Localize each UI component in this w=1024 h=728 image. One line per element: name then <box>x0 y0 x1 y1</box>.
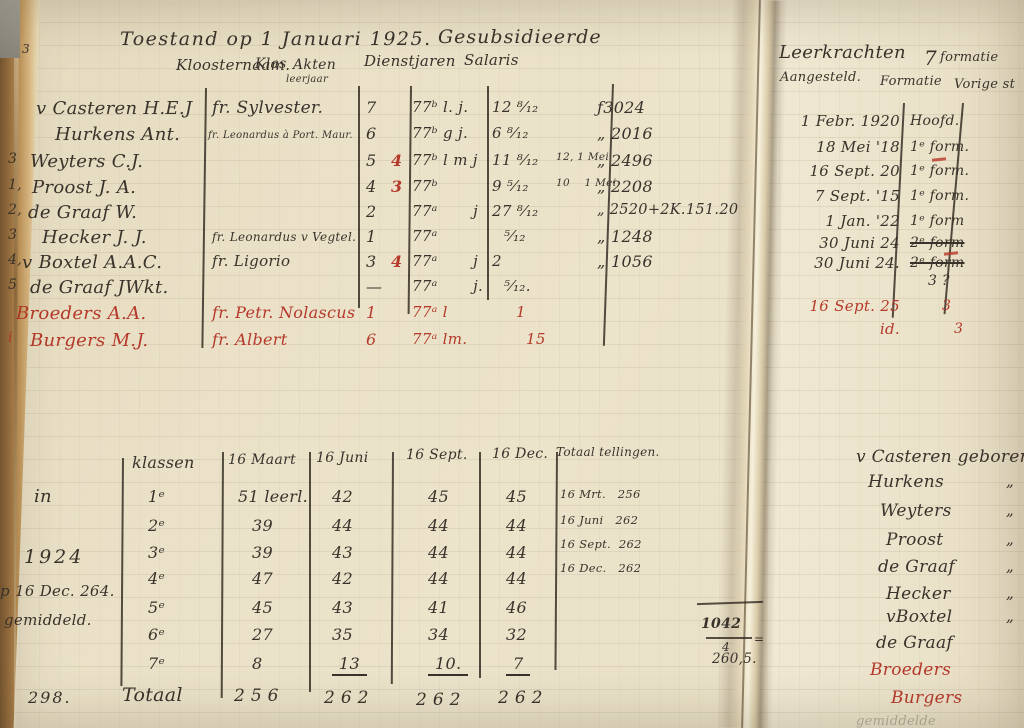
count-juni: 44 <box>332 516 353 535</box>
ditto-mark: „ <box>1006 584 1014 602</box>
count-maart: 39 <box>252 516 273 535</box>
klas-value: 7 <box>366 98 376 117</box>
col-aangesteld: Aangesteld. <box>780 70 861 85</box>
count-juni: 43 <box>332 598 353 617</box>
akten-value: 77ᵃ l <box>412 303 448 321</box>
salaris-value: „ 2016 <box>597 124 653 143</box>
klooster-name: fr. Sylvester. <box>212 98 323 118</box>
person-name: Hecker <box>886 584 951 604</box>
sum-numerator: 1042 <box>701 616 741 632</box>
person-name: vBoxtel <box>886 607 952 627</box>
staff-name: de Graaf W. <box>28 202 137 223</box>
aangesteld-date: 30 Juni 24 <box>778 234 900 252</box>
ditto-mark: „ <box>1006 501 1014 519</box>
klooster-name: fr. Leonardus à Port. Maur. <box>208 130 353 141</box>
salaris-value: ƒ3024 <box>597 98 645 117</box>
count-sept: 44 <box>428 516 449 535</box>
klas-ordinal: 2ᵉ <box>148 516 165 535</box>
leerkrachten-brace: 7 <box>924 46 937 70</box>
staff-name: v Boxtel A.A.C. <box>22 252 162 273</box>
ditto-mark: „ <box>1006 530 1014 548</box>
margin-number: 3 <box>8 151 17 167</box>
akten-value: 77ᵇ l m j <box>412 151 478 169</box>
klas-red-correction: 4 <box>391 252 402 271</box>
table-rule <box>309 452 311 692</box>
klas-value: 4 <box>366 177 376 196</box>
klooster-name: fr. Ligorio <box>212 252 290 270</box>
margin-number: 3 <box>8 227 17 243</box>
col-klas: Klas <box>255 56 287 72</box>
note-gemiddeld: gemiddeld. <box>4 611 92 629</box>
count-sept: 44 <box>428 543 449 562</box>
klas-ordinal: 6ᵉ <box>148 625 165 644</box>
aangesteld-date: 16 Sept. 25 <box>778 297 900 315</box>
count-dec: 7 <box>506 654 530 676</box>
col-formatie: Formatie <box>880 74 942 89</box>
staff-row: v Casteren H.E.J fr. Sylvester. 7 77ᵇ l.… <box>0 98 760 124</box>
leerkrachten-title: Leerkrachten <box>779 42 906 63</box>
formatie-value: 3 <box>942 298 951 314</box>
dienstjaren-value: 15 <box>526 330 546 348</box>
dienstjaren-value: 9 ⁵⁄₁₂ <box>492 177 529 195</box>
page-title: Toestand op 1 Januari 1925. <box>120 28 432 50</box>
count-maart: 45 <box>252 598 273 617</box>
staff-name: Burgers M.J. <box>30 330 148 351</box>
col-16-juni: 16 Juni <box>316 450 369 466</box>
staff-name: Proost J. A. <box>32 177 136 198</box>
klas-value: 5 <box>366 151 376 170</box>
staff-row: 3 Hecker J. J. fr. Leonardus v Vegtel. 1… <box>0 227 760 253</box>
col-dienstjaren: Dienstjaren <box>364 52 456 70</box>
dienstjaren-value: 6 ⁸⁄₁₂ <box>492 124 529 142</box>
staff-row: 3 Weyters C.J. 5 4 77ᵇ l m j 11 ⁸⁄₁₂ 12,… <box>0 151 760 177</box>
klas-ordinal: 4ᵉ <box>148 569 165 588</box>
klas-value: — <box>366 277 382 296</box>
klas-value: 3 <box>366 252 376 271</box>
count-juni: 42 <box>332 569 353 588</box>
akten-value: 77ᵃ <box>412 227 438 245</box>
klas-ordinal: 7ᵉ <box>148 654 165 673</box>
akten-value: 77ᵃ j <box>412 202 478 220</box>
count-dec: 44 <box>506 569 527 588</box>
klas-ordinal: 5ᵉ <box>148 598 165 617</box>
klooster-name: fr. Albert <box>212 330 287 349</box>
count-sept: 34 <box>428 625 449 644</box>
telling-entry: 16 Mrt. 256 <box>560 487 641 501</box>
staff-row: Broeders A.A. fr. Petr. Nolascus 1 77ᵃ l… <box>0 303 760 329</box>
faint-partial-text: gemiddelde <box>856 714 936 728</box>
col-vorige: Vorige st <box>954 77 1015 92</box>
dienstjaren-value: 2 <box>492 252 502 270</box>
totaal-dec: 262 <box>498 688 548 708</box>
staff-row: 1, Proost J. A. 4 3 77ᵇ 9 ⁵⁄₁₂ 10 1 Mei … <box>0 177 760 203</box>
staff-row: 5 de Graaf JWkt. — 77ᵃ j. ⁵⁄₁₂. <box>0 277 760 303</box>
formatie-value: 3 <box>954 321 963 337</box>
aangesteld-date: 30 Juni 24. <box>778 254 900 272</box>
dienstjaren-value: 11 ⁸⁄₁₂ <box>492 151 539 169</box>
formatie-value: 1ᵉ form. <box>910 163 969 179</box>
names-list-title: v Casteren geboren <box>856 447 1024 467</box>
totaal-maart: 256 <box>234 686 284 706</box>
salaris-value: „ 2208 <box>597 177 653 196</box>
staff-name: Broeders A.A. <box>16 303 146 324</box>
staff-name: v Casteren H.E.J <box>36 98 192 119</box>
person-name: Hurkens <box>868 472 944 492</box>
count-juni: 42 <box>332 487 353 506</box>
staff-row: Hurkens Ant. fr. Leonardus à Port. Maur.… <box>0 124 760 150</box>
count-maart: 39 <box>252 543 273 562</box>
formatie-value: 1ᵉ form. <box>910 188 969 204</box>
sum-equals: = <box>754 632 764 646</box>
dienstjaren-value: ⁵⁄₁₂. <box>504 277 531 295</box>
person-name: Weyters <box>880 501 952 521</box>
count-maart: 51 leerl. <box>238 487 308 506</box>
staff-row: i Burgers M.J. fr. Albert 6 77ᵃ lm. 15 <box>0 330 760 356</box>
table-rule <box>487 86 489 300</box>
klas-red-correction: 3 <box>391 177 402 196</box>
klas-value: 6 <box>366 124 376 143</box>
aangesteld-date: id. <box>778 320 900 338</box>
klas-value: 2 <box>366 202 376 221</box>
formatie-value: 1ᵉ form <box>910 213 964 229</box>
akten-value: 77ᵇ g j. <box>412 124 468 142</box>
count-dec: 44 <box>506 543 527 562</box>
leerkrachten-title-note: formatie <box>940 50 998 65</box>
margin-number: 5 <box>8 277 17 293</box>
count-juni: 43 <box>332 543 353 562</box>
staff-row: 2, de Graaf W. 2 77ᵃ j 27 ⁸⁄₁₂ „ 2520+2K… <box>0 202 760 228</box>
aangesteld-date: 16 Sept. 20 <box>778 162 900 180</box>
count-maart: 27 <box>252 625 273 644</box>
col-16-maart: 16 Maart <box>228 452 296 468</box>
dienstjaren-value: 12 ⁸⁄₁₂ <box>492 98 539 116</box>
margin-number: i <box>8 330 13 346</box>
telling-entry: 16 Dec. 262 <box>560 561 641 575</box>
count-dec: 45 <box>506 487 527 506</box>
klas-value: 6 <box>366 330 376 349</box>
col-klas-sub: leerjaar <box>286 74 328 85</box>
salaris-value: „ 1248 <box>597 227 653 246</box>
formatie-value: 3 ? <box>928 273 950 289</box>
count-sept: 41 <box>428 598 449 617</box>
count-maart: 47 <box>252 569 273 588</box>
col-16-dec: 16 Dec. <box>492 446 548 462</box>
person-name: de Graaf <box>876 633 953 653</box>
aangesteld-date: 1 Febr. 1920 <box>778 112 900 130</box>
sum-result: 260,5. <box>712 651 757 667</box>
count-maart: 8 <box>252 654 262 673</box>
akten-value: 77ᵃ lm. <box>412 330 467 348</box>
note-in: in <box>34 486 52 507</box>
col-salaris: Salaris <box>464 51 519 69</box>
totaal-juni: 262 <box>324 688 374 708</box>
person-name: Broeders <box>870 660 951 680</box>
staff-name: de Graaf JWkt. <box>30 277 169 298</box>
count-dec: 46 <box>506 598 527 617</box>
note-dec: p 16 Dec. 264. <box>0 582 115 600</box>
klas-value: 1 <box>366 227 376 246</box>
formatie-value-struck: 2ᵉ form <box>910 255 964 271</box>
telling-entry: 16 Juni 262 <box>560 513 638 527</box>
page-subtitle: Gesubsidieerde <box>438 26 602 48</box>
count-juni: 13 <box>332 654 367 676</box>
aangesteld-date: 18 Mei '18 <box>778 138 900 156</box>
person-name: de Graaf <box>878 557 955 577</box>
count-sept: 44 <box>428 569 449 588</box>
dienstjaren-value: 27 ⁸⁄₁₂ <box>492 202 539 220</box>
table-rule <box>479 452 481 678</box>
margin-number: 1, <box>8 177 22 193</box>
totaal-sept: 262 <box>416 690 466 710</box>
col-akten: Akten <box>293 57 336 73</box>
klas-value: 1 <box>366 303 376 322</box>
klas-ordinal: 1ᵉ <box>148 487 165 506</box>
ditto-mark: „ <box>1006 557 1014 575</box>
aangesteld-date: 7 Sept. '15 <box>778 187 900 205</box>
staff-name: Hecker J. J. <box>42 227 147 248</box>
count-dec: 32 <box>506 625 527 644</box>
akten-value: 77ᵃ j <box>412 252 478 270</box>
formatie-value: Hoofd. <box>910 113 959 129</box>
klooster-name: fr. Leonardus v Vegtel. <box>212 230 356 244</box>
salaris-value: „ 2496 <box>597 151 653 170</box>
staff-name: Weyters C.J. <box>30 151 143 172</box>
salaris-value: „ 1056 <box>597 252 653 271</box>
col-totaal-tellingen: Totaal tellingen. <box>556 445 660 459</box>
klas-red-correction: 4 <box>391 151 402 170</box>
count-dec: 44 <box>506 516 527 535</box>
margin-number: 2, <box>8 202 22 218</box>
table-rule <box>358 86 360 308</box>
page-number: 298. <box>28 688 72 707</box>
col-klassen: klassen <box>132 453 195 472</box>
klas-ordinal: 3ᵉ <box>148 543 165 562</box>
staff-row: 4, v Boxtel A.A.C. fr. Ligorio 3 4 77ᵃ j… <box>0 252 760 278</box>
ditto-mark: „ <box>1006 472 1014 490</box>
margin-number: 4, <box>8 252 22 268</box>
akten-value: 77ᵃ j. <box>412 277 483 295</box>
count-sept: 10. <box>428 654 468 676</box>
akten-value: 77ᵇ <box>412 177 438 195</box>
person-name: Proost <box>886 530 943 550</box>
background-corner <box>0 0 20 58</box>
note-year: 1924 <box>24 546 84 568</box>
person-name: Burgers <box>891 688 962 708</box>
count-juni: 35 <box>332 625 353 644</box>
dienstjaren-value: ⁵⁄₁₂ <box>504 227 526 245</box>
aangesteld-date: 1 Jan. '22 <box>778 212 900 230</box>
telling-entry: 16 Sept. 262 <box>560 537 642 551</box>
totaal-label: Totaal <box>122 684 183 706</box>
staff-name: Hurkens Ant. <box>55 124 180 145</box>
klooster-name: fr. Petr. Nolascus <box>212 303 355 322</box>
ledger-photo: 3 Toestand op 1 Januari 1925. Gesubsidie… <box>0 0 1024 728</box>
corner-number: 3 <box>22 42 30 56</box>
ditto-mark: „ <box>1006 607 1014 625</box>
count-sept: 45 <box>428 487 449 506</box>
col-16-sept: 16 Sept. <box>406 447 468 463</box>
salaris-value: „ 2520+2K.151.20 <box>597 202 738 218</box>
formatie-value-struck: 2ᵉ form <box>910 235 964 251</box>
akten-value: 77ᵇ l. j. <box>412 98 468 116</box>
formatie-value: 1ᵉ form. <box>910 139 969 155</box>
dienstjaren-value: 1 <box>516 303 526 321</box>
fraction-line <box>706 637 752 639</box>
